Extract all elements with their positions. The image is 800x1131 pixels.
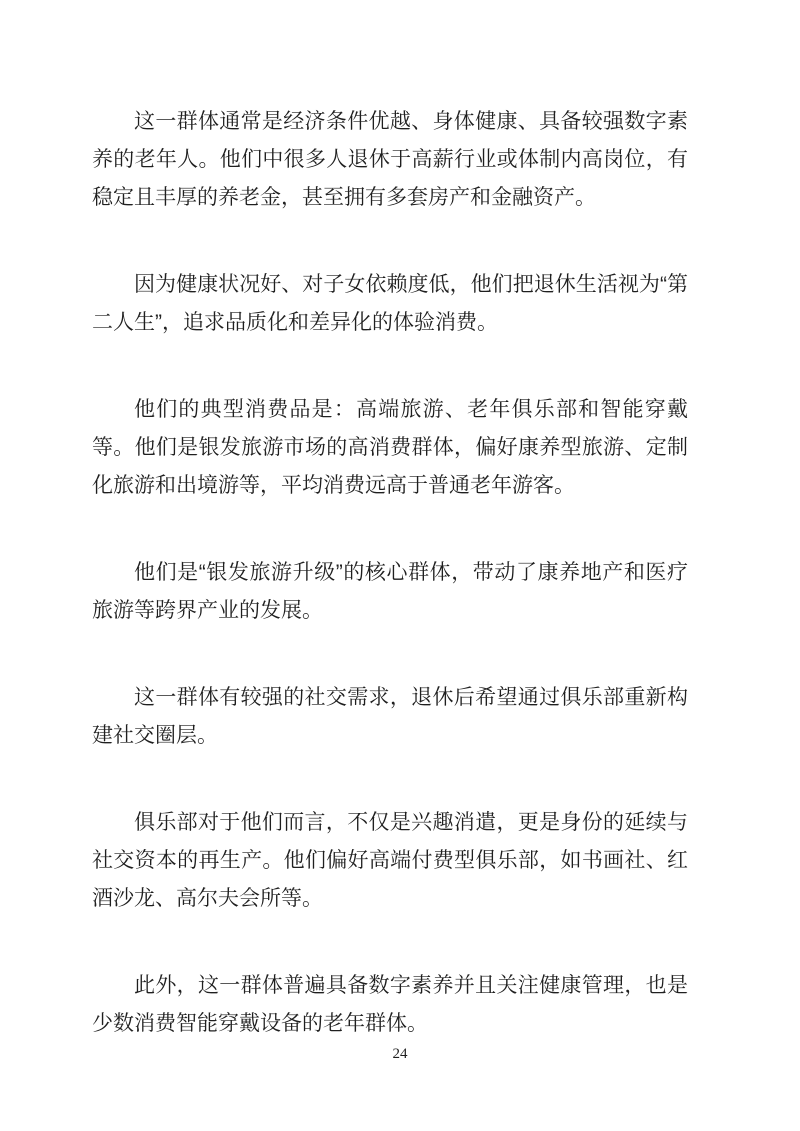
- paragraph: 他们是“银发旅游升级”的核心群体，带动了康养地产和医疗旅游等跨界产业的发展。: [92, 554, 688, 630]
- paragraph: 这一群体通常是经济条件优越、身体健康、具备较强数字素养的老年人。他们中很多人退休…: [92, 103, 688, 217]
- paragraph: 此外，这一群体普遍具备数字素养并且关注健康管理，也是少数消费智能穿戴设备的老年群…: [92, 967, 688, 1043]
- document-body: 这一群体通常是经济条件优越、身体健康、具备较强数字素养的老年人。他们中很多人退休…: [92, 103, 688, 1092]
- document-page: 这一群体通常是经济条件优越、身体健康、具备较强数字素养的老年人。他们中很多人退休…: [0, 0, 800, 1131]
- paragraph: 因为健康状况好、对子女依赖度低，他们把退休生活视为“第二人生”，追求品质化和差异…: [92, 266, 688, 342]
- paragraph: 他们的典型消费品是：高端旅游、老年俱乐部和智能穿戴等。他们是银发旅游市场的高消费…: [92, 391, 688, 505]
- page-number: 24: [0, 1046, 800, 1063]
- paragraph: 俱乐部对于他们而言，不仅是兴趣消遣，更是身份的延续与社交资本的再生产。他们偏好高…: [92, 804, 688, 918]
- paragraph: 这一群体有较强的社交需求，退休后希望通过俱乐部重新构建社交圈层。: [92, 679, 688, 755]
